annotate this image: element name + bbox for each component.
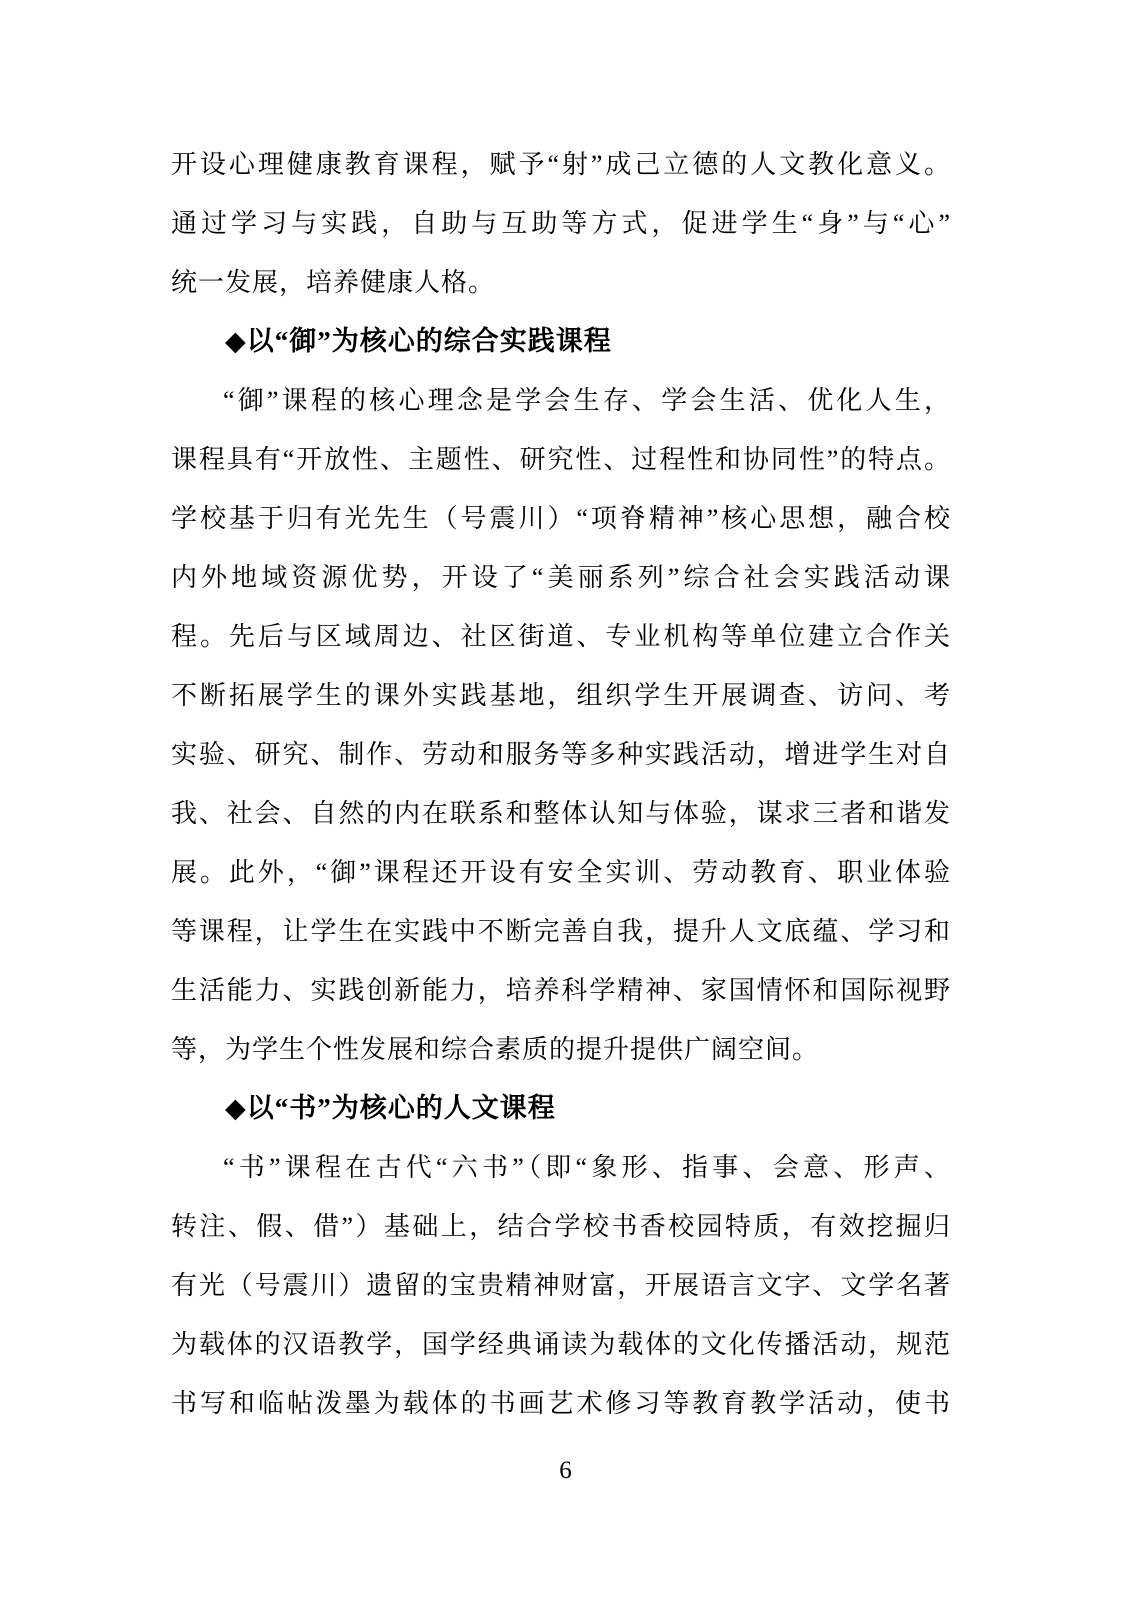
section-heading-yu: ◆以“御”为核心的综合实践课程 <box>171 312 951 371</box>
text-line: 生活能力、实践创新能力，培养科学精神、家国情怀和国际视野 <box>171 961 951 1020</box>
text-line: 展。此外，“御”课程还开设有安全实训、劳动教育、职业体验 <box>171 843 951 902</box>
text-line: 等，为学生个性发展和综合素质的提升提供广阔空间。 <box>171 1020 951 1079</box>
document-page: 开设心理健康教育课程，赋予“射”成己立德的人文教化意义。 通过学习与实践，自助与… <box>0 0 1131 1600</box>
text-line: “书”课程在古代“六书”（即“象形、指事、会意、形声、 <box>171 1138 951 1197</box>
text-line: 有光（号震川）遗留的宝贵精神财富，开展语言文字、文学名著 <box>171 1256 951 1315</box>
text-line: 实验、研究、制作、劳动和服务等多种实践活动，增进学生对自 <box>171 725 951 784</box>
text-line: 课程具有“开放性、主题性、研究性、过程性和协同性”的特点。 <box>171 430 951 489</box>
page-number: 6 <box>0 1456 1131 1486</box>
text-line: 等课程，让学生在实践中不断完善自我，提升人文底蕴、学习和 <box>171 902 951 961</box>
text-block: 开设心理健康教育课程，赋予“射”成己立德的人文教化意义。 通过学习与实践，自助与… <box>171 135 951 1433</box>
text-line: 不断拓展学生的课外实践基地，组织学生开展调查、访问、考察、 <box>171 666 951 725</box>
text-line: “御”课程的核心理念是学会生存、学会生活、优化人生， <box>171 371 951 430</box>
text-line: 我、社会、自然的内在联系和整体认知与体验，谋求三者和谐发 <box>171 784 951 843</box>
text-line: 内外地域资源优势，开设了“美丽系列”综合社会实践活动课 <box>171 548 951 607</box>
text-line: 程。先后与区域周边、社区街道、专业机构等单位建立合作关系， <box>171 607 951 666</box>
text-line: 统一发展，培养健康人格。 <box>171 253 951 312</box>
section-heading-shu: ◆以“书”为核心的人文课程 <box>171 1079 951 1138</box>
text-line: 开设心理健康教育课程，赋予“射”成己立德的人文教化意义。 <box>171 135 951 194</box>
text-line: 为载体的汉语教学，国学经典诵读为载体的文化传播活动，规范 <box>171 1315 951 1374</box>
text-line: 书写和临帖泼墨为载体的书画艺术修习等教育教学活动，使书 <box>171 1374 951 1433</box>
text-line: 学校基于归有光先生（号震川）“项脊精神”核心思想，融合校 <box>171 489 951 548</box>
text-line: 通过学习与实践，自助与互助等方式，促进学生“身”与“心” <box>171 194 951 253</box>
text-line: 转注、假、借”）基础上，结合学校书香校园特质，有效挖掘归 <box>171 1197 951 1256</box>
